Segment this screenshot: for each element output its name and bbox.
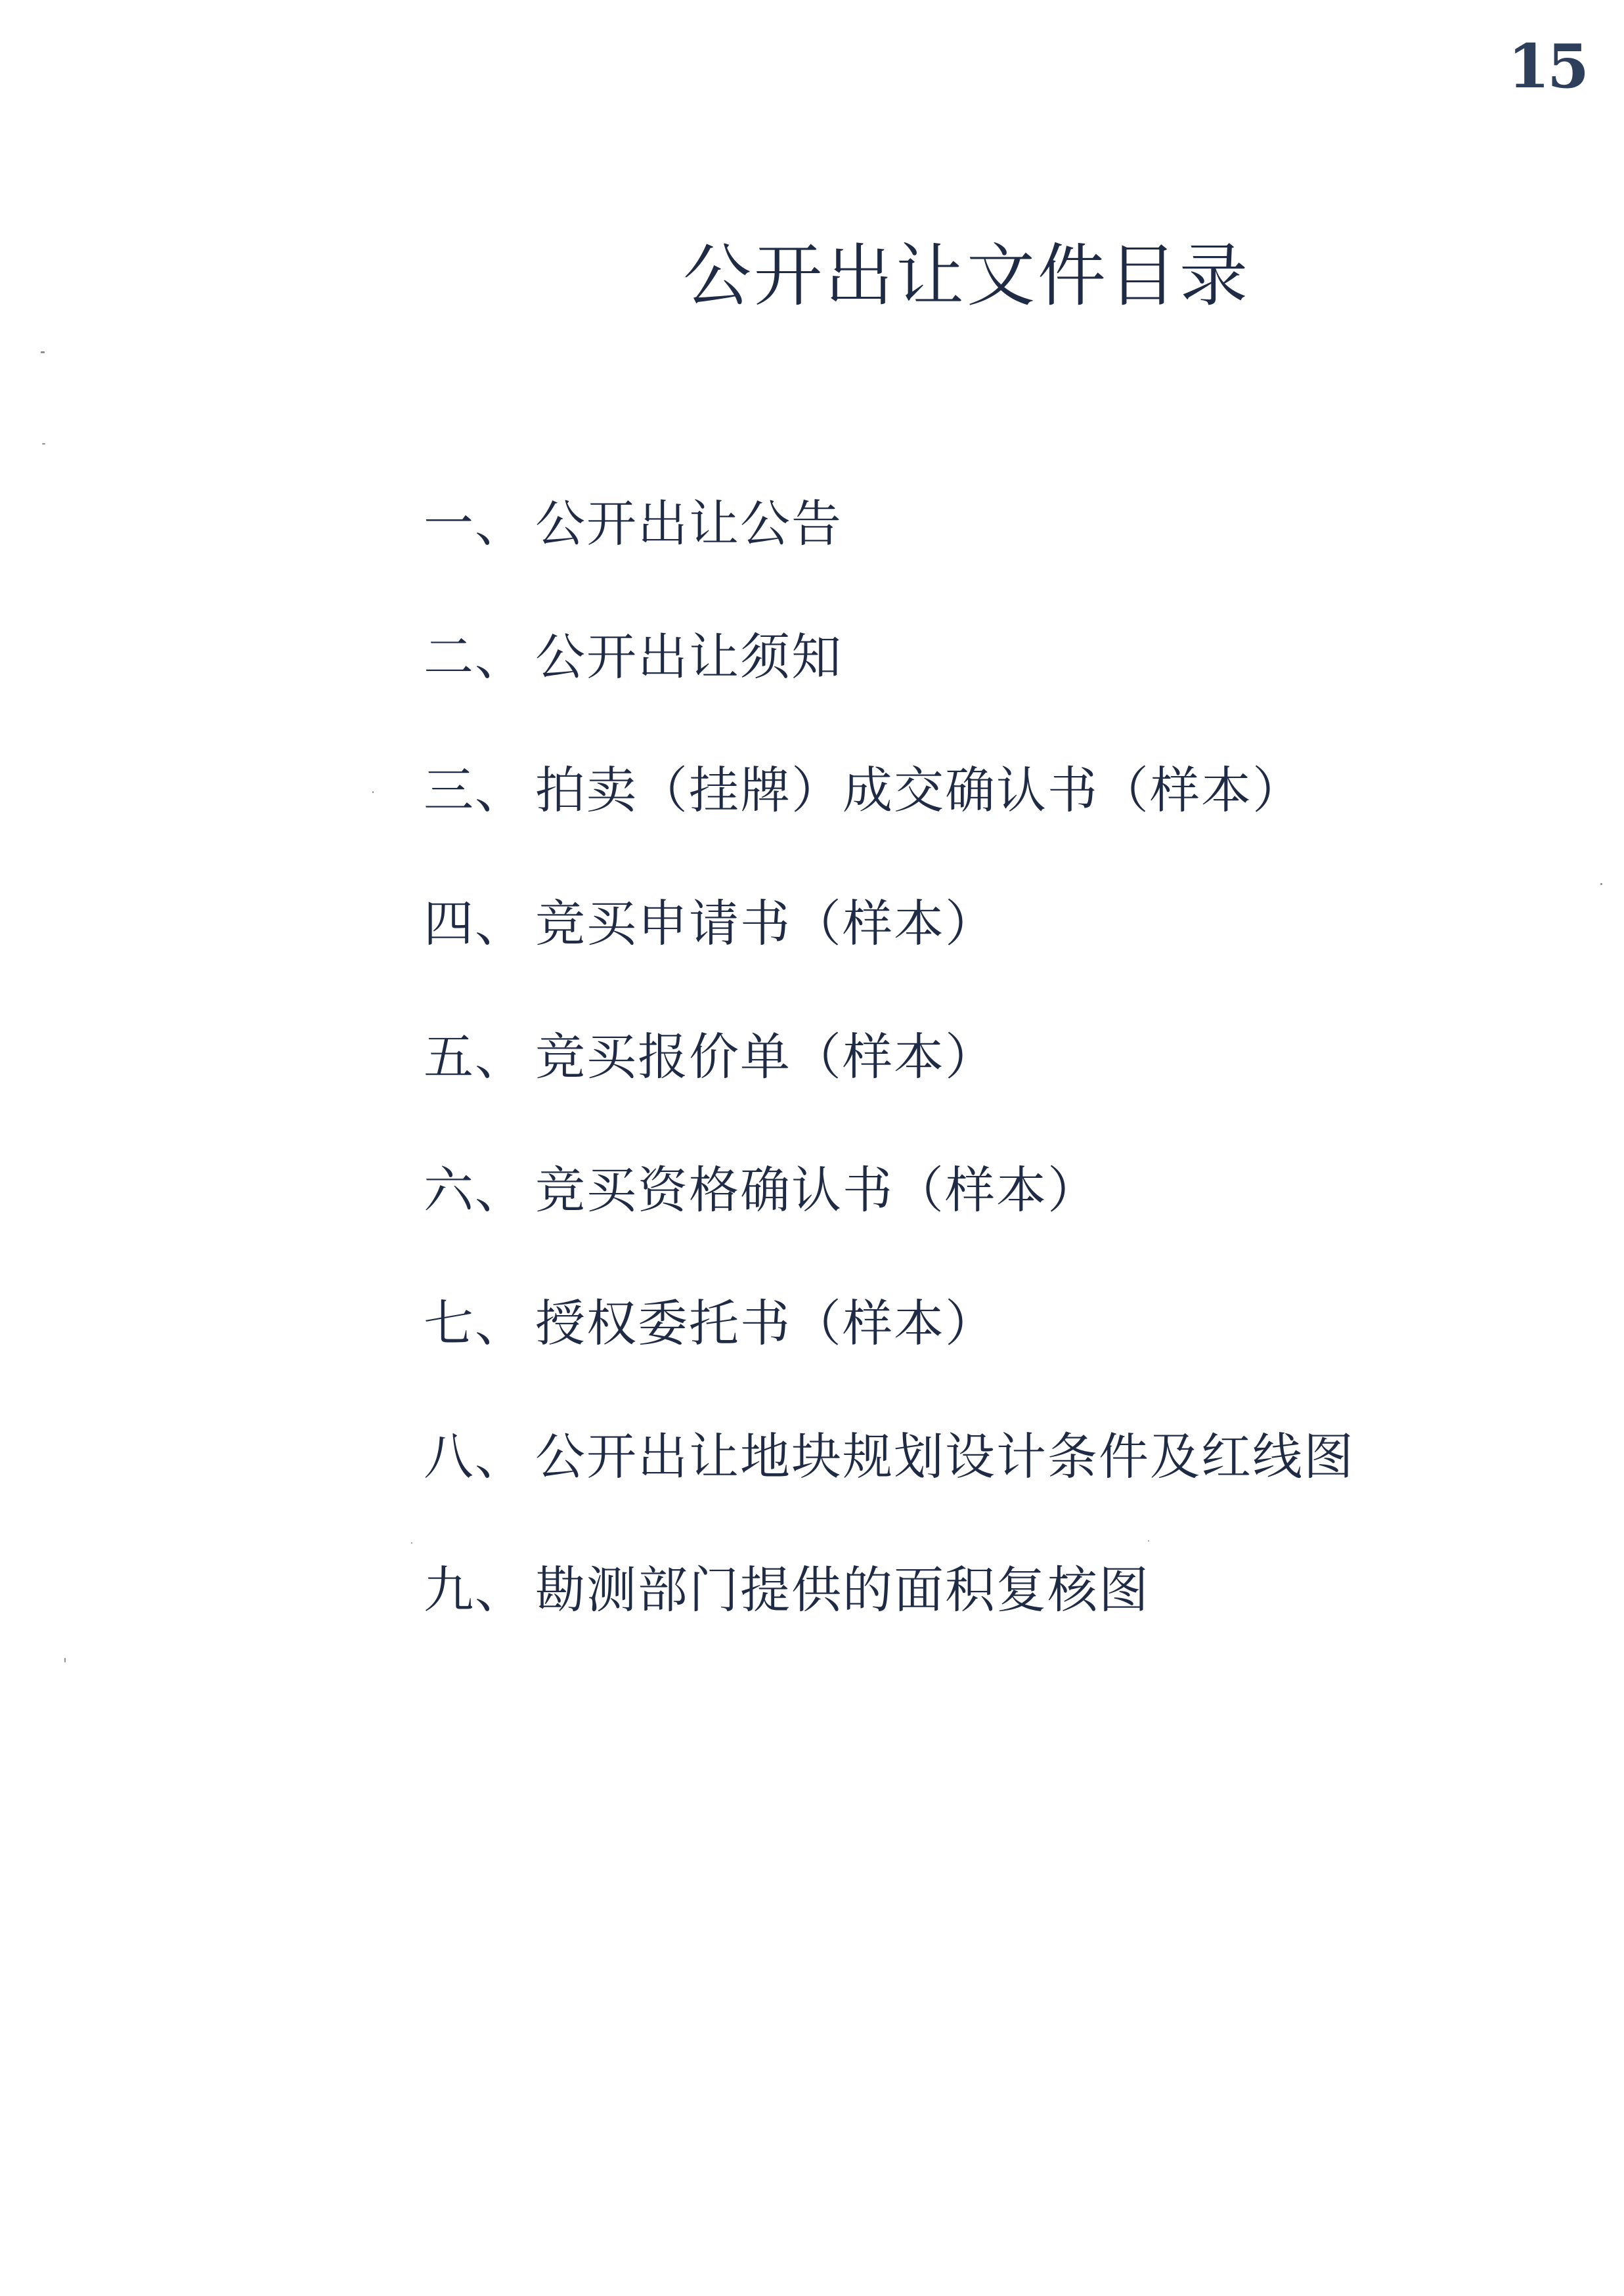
toc-item-separator: 、 bbox=[475, 1032, 526, 1082]
toc-item-6: 六、竞买资格确认书（样本） bbox=[424, 1165, 1355, 1299]
toc-item-1: 一、公开出让公告 bbox=[424, 499, 1355, 632]
toc-item-separator: 、 bbox=[475, 766, 526, 815]
toc-item-text: 拍卖（挂牌）成交确认书（样本） bbox=[535, 761, 1304, 819]
toc-item-separator: 、 bbox=[475, 499, 526, 549]
toc-item-separator: 、 bbox=[475, 1432, 526, 1482]
toc-item-number: 三 bbox=[424, 766, 475, 815]
scan-speck bbox=[41, 351, 45, 353]
scan-speck bbox=[1600, 883, 1602, 885]
toc-item-2: 二、公开出让须知 bbox=[424, 632, 1355, 766]
toc-item-text: 竞买资格确认书（样本） bbox=[535, 1161, 1099, 1219]
toc-item-text: 公开出让地块规划设计条件及红线图 bbox=[535, 1427, 1355, 1486]
toc-item-number: 五 bbox=[424, 1032, 475, 1082]
toc-item-text: 公开出让须知 bbox=[535, 628, 843, 686]
toc-item-number: 八 bbox=[424, 1432, 475, 1482]
toc-item-7: 七、授权委托书（样本） bbox=[424, 1299, 1355, 1432]
toc-item-text: 竞买报价单（样本） bbox=[535, 1028, 996, 1086]
page-number: 15 bbox=[1508, 36, 1587, 97]
scan-speck bbox=[372, 791, 374, 793]
toc-item-text: 竞买申请书（样本） bbox=[535, 894, 996, 953]
toc-item-number: 六 bbox=[424, 1165, 475, 1215]
document-page: 15 公开出让文件目录 一、公开出让公告 二、公开出让须知 三、拍卖（挂牌）成交… bbox=[0, 0, 1624, 2296]
scan-speck bbox=[411, 1542, 412, 1544]
toc-item-8: 八、公开出让地块规划设计条件及红线图 bbox=[424, 1432, 1355, 1565]
toc-item-separator: 、 bbox=[475, 632, 526, 682]
toc-item-9: 九、勘测部门提供的面积复核图 bbox=[424, 1565, 1355, 1699]
toc-item-separator: 、 bbox=[475, 899, 526, 949]
toc-item-number: 四 bbox=[424, 899, 475, 949]
toc-item-separator: 、 bbox=[475, 1299, 526, 1349]
toc-item-text: 勘测部门提供的面积复核图 bbox=[535, 1561, 1150, 1619]
scan-speck bbox=[64, 1658, 66, 1662]
toc-item-separator: 、 bbox=[475, 1165, 526, 1215]
toc-item-3: 三、拍卖（挂牌）成交确认书（样本） bbox=[424, 766, 1355, 899]
toc-item-4: 四、竞买申请书（样本） bbox=[424, 899, 1355, 1032]
toc-item-number: 九 bbox=[424, 1565, 475, 1615]
document-title: 公开出让文件目录 bbox=[683, 242, 1250, 310]
toc-item-number: 七 bbox=[424, 1299, 475, 1349]
toc-item-5: 五、竞买报价单（样本） bbox=[424, 1032, 1355, 1165]
toc-item-separator: 、 bbox=[475, 1565, 526, 1615]
scan-speck bbox=[1148, 1540, 1149, 1542]
table-of-contents: 一、公开出让公告 二、公开出让须知 三、拍卖（挂牌）成交确认书（样本） 四、竞买… bbox=[424, 499, 1355, 1699]
toc-item-text: 授权委托书（样本） bbox=[535, 1294, 996, 1353]
toc-item-number: 二 bbox=[424, 632, 475, 682]
scan-speck bbox=[42, 443, 45, 444]
toc-item-text: 公开出让公告 bbox=[535, 494, 843, 553]
toc-item-number: 一 bbox=[424, 499, 475, 549]
